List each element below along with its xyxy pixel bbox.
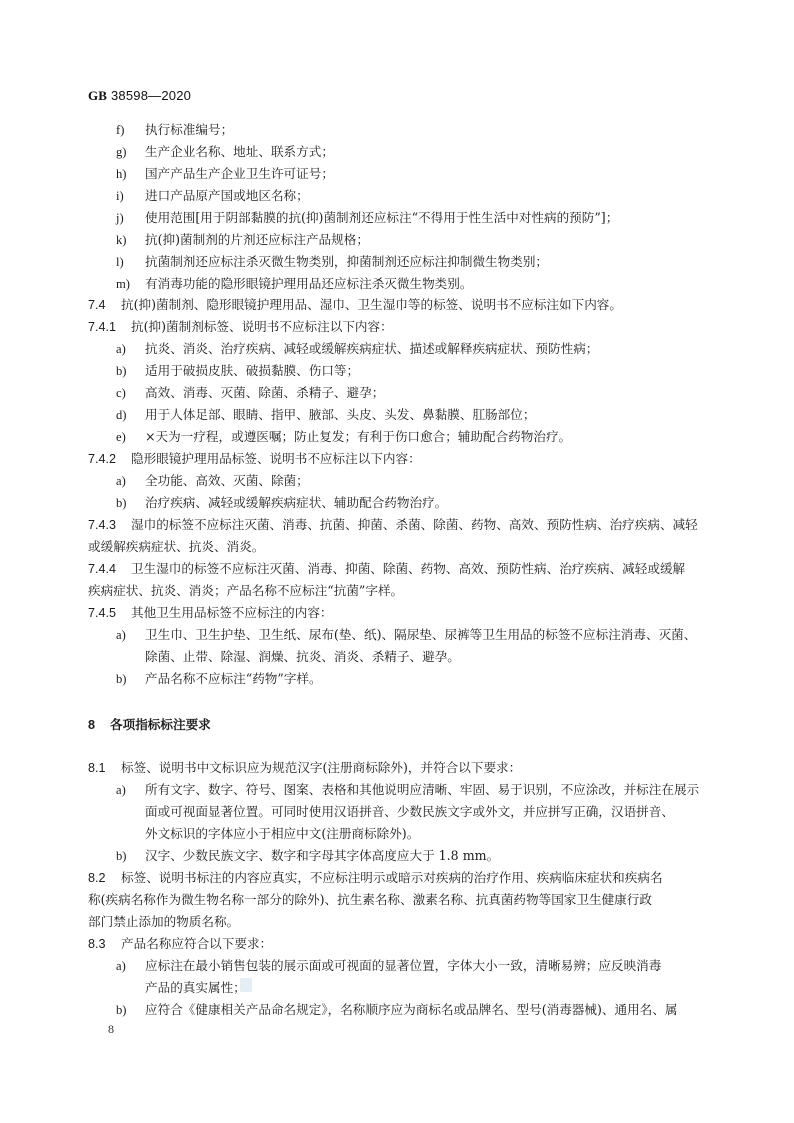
document-page: GB 38598—2020 f)执行标准编号； g)生产企业名称、地址、联系方式… — [0, 0, 794, 1123]
watermark-badge — [240, 978, 252, 992]
clause-8-2-cont: 部门禁止添加的物质名称。 — [88, 914, 239, 930]
page-number: 8 — [108, 1022, 114, 1037]
clause-7-4-4-cont: 疾病症状、抗炎、消炎；产品名称不应标注“抗菌”字样。 — [88, 583, 403, 599]
standard-number: 38598—2020 — [111, 88, 191, 103]
list-item-cont: 除菌、止带、除湿、润燥、抗炎、消炎、杀精子、避孕。 — [145, 649, 460, 665]
clause-8-2-cont: 称(疾病名称作为微生物名称一部分的除外)、抗生素名称、激素名称、抗真菌药物等国家… — [88, 892, 652, 908]
list-item-cont: 外文标识的字体应小于相应中文(注册商标除外)。 — [145, 826, 419, 842]
clause-7-4-3-cont: 或缓解疾病症状、抗炎、消炎。 — [88, 539, 264, 555]
standard-header: GB 38598—2020 — [88, 88, 191, 104]
standard-prefix: GB — [88, 88, 107, 103]
list-item-cont: 产品的真实属性； — [145, 980, 246, 996]
list-item-cont: 面或可视面显著位置。可同时使用汉语拼音、少数民族文字或外文，并应拼写正确，汉语拼… — [145, 804, 674, 820]
